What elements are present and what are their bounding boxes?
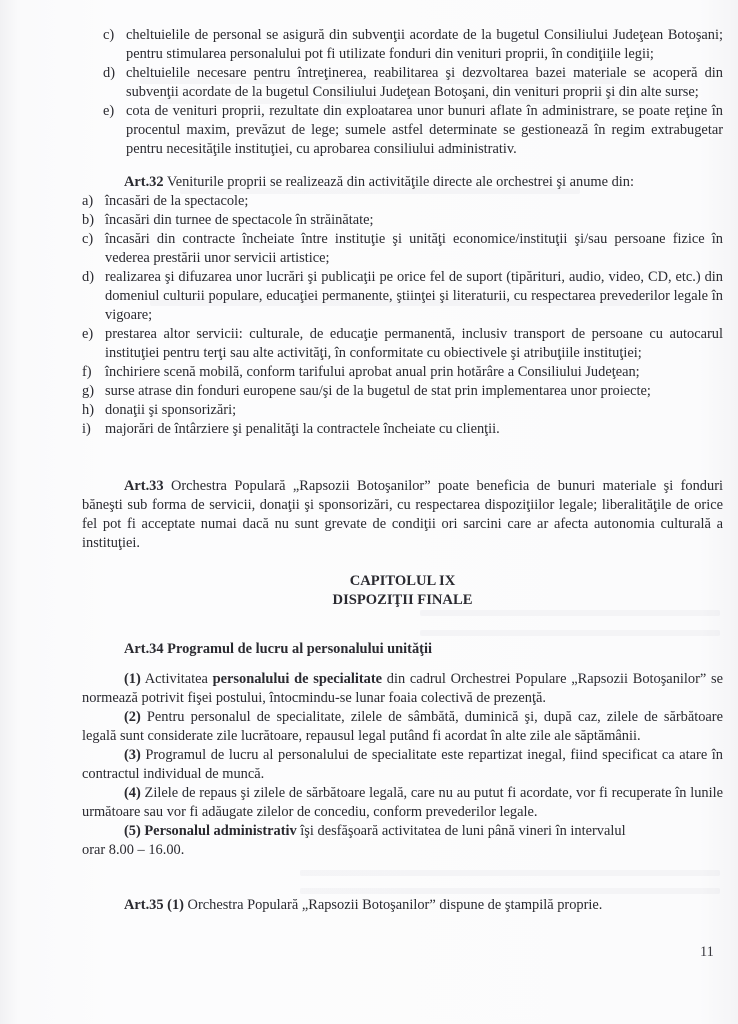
list-marker: i) — [82, 420, 105, 439]
paragraph-number: (5) — [124, 823, 141, 839]
list-marker: f) — [82, 363, 105, 382]
paragraph-number: (1) — [164, 897, 184, 913]
art35-text: Orchestra Populară „Rapsozii Botoşanilor… — [184, 897, 602, 913]
art34-paragraph-5-line2: orar 8.00 – 16.00. — [82, 841, 723, 860]
list-item-text: cota de venituri proprii, rezultate din … — [126, 102, 723, 159]
list-item: f) închiriere scenă mobilă, conform tari… — [82, 363, 723, 382]
paragraph-text: îşi desfăşoară activitatea de luni până … — [297, 823, 626, 839]
list-item: e) cota de venituri proprii, rezultate d… — [103, 102, 723, 159]
art32-list: a) încasări de la spectacole; b) încasăr… — [82, 192, 723, 439]
chapter-title: DISPOZIŢII FINALE — [82, 591, 723, 610]
list-marker: b) — [82, 211, 105, 230]
art35-paragraph: Art.35 (1) Orchestra Populară „Rapsozii … — [82, 896, 723, 915]
list-marker: a) — [82, 192, 105, 211]
list-item-text: surse atrase din fonduri europene sau/şi… — [105, 382, 723, 401]
art34-paragraph-4: (4) Zilele de repaus şi zilele de sărbăt… — [82, 784, 723, 822]
list-item-text: prestarea altor servicii: culturale, de … — [105, 325, 723, 363]
list-item-text: încasări din turnee de spectacole în str… — [105, 211, 723, 230]
list-item: h) donaţii şi sponsorizări; — [82, 401, 723, 420]
art33-paragraph: Art.33 Orchestra Populară „Rapsozii Boto… — [82, 477, 723, 553]
page-number: 11 — [700, 944, 714, 961]
list-marker: e) — [103, 102, 126, 159]
list-marker: g) — [82, 382, 105, 401]
paragraph-text: Programul de lucru al personalului de sp… — [82, 747, 723, 782]
paragraph-number: (2) — [124, 709, 141, 725]
paragraph-text: Zilele de repaus şi zilele de sărbătoare… — [82, 785, 723, 820]
chapter-number: CAPITOLUL IX — [82, 572, 723, 591]
paragraph-bold-text: personalului de specialitate — [213, 671, 382, 687]
paragraph-number: (4) — [124, 785, 141, 801]
art32-intro-text: Veniturile proprii se realizează din act… — [164, 174, 634, 190]
art34-paragraph-1: (1) Activitatea personalului de speciali… — [82, 670, 723, 708]
art34-paragraph-5: (5) Personalul administrativ îşi desfăşo… — [82, 822, 723, 841]
list-item: b) încasări din turnee de spectacole în … — [82, 211, 723, 230]
art33-text: Orchestra Populară „Rapsozii Botoşanilor… — [82, 478, 723, 551]
art34-paragraph-2: (2) Pentru personalul de specialitate, z… — [82, 708, 723, 746]
paragraph-text: Pentru personalul de specialitate, zilel… — [82, 709, 723, 744]
list-item: g) surse atrase din fonduri europene sau… — [82, 382, 723, 401]
document-body: c) cheltuielile de personal se asigură d… — [103, 26, 723, 915]
list-item-text: donaţii şi sponsorizări; — [105, 401, 723, 420]
paragraph-number: (1) — [124, 671, 141, 687]
list-item: i) majorări de întârziere şi penalităţi … — [82, 420, 723, 439]
list-marker: e) — [82, 325, 105, 363]
list-item-text: încasări de la spectacole; — [105, 192, 723, 211]
art32-label: Art.32 — [124, 174, 164, 190]
list-item-text: încasări din contracte încheiate între i… — [105, 230, 723, 268]
prev-section-list: c) cheltuielile de personal se asigură d… — [103, 26, 723, 159]
list-item-text: majorări de întârziere şi penalităţi la … — [105, 420, 723, 439]
list-marker: d) — [82, 268, 105, 325]
list-marker: c) — [103, 26, 126, 64]
list-item-text: cheltuielile necesare pentru întreţinere… — [126, 64, 723, 102]
list-item: e) prestarea altor servicii: culturale, … — [82, 325, 723, 363]
list-item: d) cheltuielile necesare pentru întreţin… — [103, 64, 723, 102]
art33-label: Art.33 — [124, 478, 164, 494]
paragraph-number: (3) — [124, 747, 141, 763]
list-item: c) încasări din contracte încheiate într… — [82, 230, 723, 268]
list-marker: d) — [103, 64, 126, 102]
list-item: c) cheltuielile de personal se asigură d… — [103, 26, 723, 64]
list-item: a) încasări de la spectacole; — [82, 192, 723, 211]
list-marker: c) — [82, 230, 105, 268]
list-item-text: cheltuielile de personal se asigură din … — [126, 26, 723, 64]
list-item: d) realizarea şi difuzarea unor lucrări … — [82, 268, 723, 325]
paragraph-bold-text: Personalul administrativ — [144, 823, 296, 839]
art34-paragraph-3: (3) Programul de lucru al personalului d… — [82, 746, 723, 784]
list-item-text: închiriere scenă mobilă, conform tariful… — [105, 363, 723, 382]
art34-heading: Art.34 Programul de lucru al personalulu… — [124, 640, 723, 659]
paragraph-text: Activitatea — [141, 671, 213, 687]
list-marker: h) — [82, 401, 105, 420]
art35-label: Art.35 — [124, 897, 164, 913]
art32-intro: Art.32 Veniturile proprii se realizează … — [82, 173, 723, 192]
list-item-text: realizarea şi difuzarea unor lucrări şi … — [105, 268, 723, 325]
document-page: c) cheltuielile de personal se asigură d… — [0, 0, 738, 1024]
